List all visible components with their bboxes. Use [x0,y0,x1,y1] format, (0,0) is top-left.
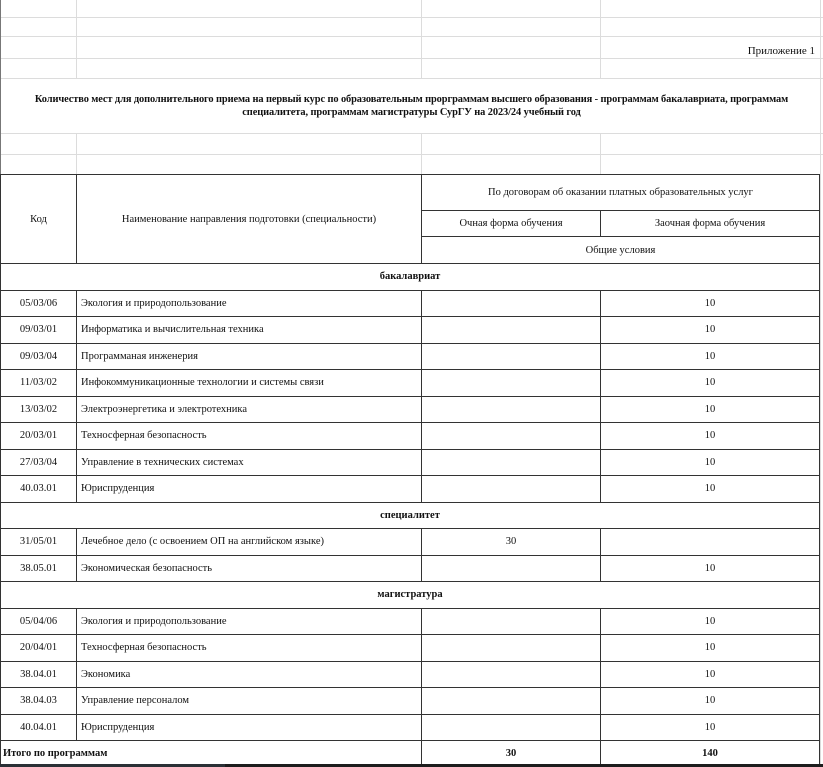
grid-line [0,36,823,37]
cell-full-time [422,635,601,662]
section-row: бакалавриат [1,264,820,291]
cell-part-time: 10 [601,343,820,370]
cell-full-time [422,396,601,423]
cell-part-time: 10 [601,714,820,741]
cell-code: 38.04.03 [1,688,77,715]
cell-part-time: 10 [601,290,820,317]
cell-full-time [422,555,601,582]
cell-code: 13/03/02 [1,396,77,423]
grid-line [0,58,823,59]
total-row: Итого по программам30140 [1,741,820,767]
cell-part-time: 10 [601,635,820,662]
cell-code: 31/05/01 [1,529,77,556]
table-row: 11/03/02Инфокоммуникационные технологии … [1,370,820,397]
cell-name: Информатика и вычислительная техника [77,317,422,344]
grid-line [0,133,823,134]
cell-full-time [422,714,601,741]
grid-line [600,133,601,174]
total-full-time: 30 [422,741,601,767]
table-row: 05/04/06Экология и природопользование10 [1,608,820,635]
grid-line [600,0,601,78]
cell-name: Юриспруденция [77,714,422,741]
appendix-label: Приложение 1 [748,45,815,57]
section-row: магистратура [1,582,820,609]
header-general-conditions: Общие условия [422,237,820,264]
cell-code: 38.04.01 [1,661,77,688]
header-full-time: Очная форма обучения [422,211,601,237]
cell-name: Управление в технических системах [77,449,422,476]
cell-part-time: 10 [601,555,820,582]
cell-part-time: 10 [601,317,820,344]
cell-name: Лечебное дело (с освоением ОП на английс… [77,529,422,556]
cell-part-time: 10 [601,661,820,688]
table-row: 20/04/01Техносферная безопасность10 [1,635,820,662]
cell-name: Электроэнергетика и электротехника [77,396,422,423]
cell-name: Техносферная безопасность [77,423,422,450]
cell-name: Экология и природопользование [77,290,422,317]
cell-name: Управление персоналом [77,688,422,715]
cell-full-time [422,661,601,688]
cell-full-time [422,423,601,450]
table-row: 27/03/04Управление в технических система… [1,449,820,476]
cell-name: Экология и природопользование [77,608,422,635]
cell-name: Юриспруденция [77,476,422,503]
cell-full-time [422,370,601,397]
table-row: 09/03/01Информатика и вычислительная тех… [1,317,820,344]
document-title: Количество мест для дополнительного прие… [0,78,823,133]
section-row: специалитет [1,502,820,529]
cell-part-time: 10 [601,423,820,450]
cell-part-time: 10 [601,396,820,423]
table-row: 38.04.01Экономика10 [1,661,820,688]
table-row: 38.05.01Экономическая безопасность10 [1,555,820,582]
cell-full-time [422,343,601,370]
cell-part-time: 10 [601,476,820,503]
grid-line [421,133,422,174]
cell-part-time: 10 [601,688,820,715]
section-label: бакалавриат [1,264,820,291]
cell-name: Инфокоммуникационные технологии и систем… [77,370,422,397]
cell-code: 09/03/04 [1,343,77,370]
cell-name: Экономика [77,661,422,688]
total-label: Итого по программам [1,741,422,767]
header-part-time: Заочная форма обучения [601,211,820,237]
cell-part-time [601,529,820,556]
cell-name: Техносферная безопасность [77,635,422,662]
grid-line [76,133,77,174]
table-row: 40.04.01Юриспруденция10 [1,714,820,741]
cell-code: 20/03/01 [1,423,77,450]
cell-code: 05/03/06 [1,290,77,317]
cell-code: 40.04.01 [1,714,77,741]
cell-full-time [422,449,601,476]
cell-full-time [422,317,601,344]
cell-full-time [422,608,601,635]
cell-code: 40.03.01 [1,476,77,503]
table-row: 20/03/01Техносферная безопасность10 [1,423,820,450]
cell-part-time: 10 [601,608,820,635]
cell-code: 11/03/02 [1,370,77,397]
cell-code: 05/04/06 [1,608,77,635]
cell-code: 09/03/01 [1,317,77,344]
cell-part-time: 10 [601,449,820,476]
table-row: 13/03/02Электроэнергетика и электротехни… [1,396,820,423]
grid-line [0,154,823,155]
table-row: 09/03/04Программаная инженерия10 [1,343,820,370]
cell-code: 27/03/04 [1,449,77,476]
grid-line [421,0,422,78]
table-row: 31/05/01Лечебное дело (с освоением ОП на… [1,529,820,556]
cell-full-time: 30 [422,529,601,556]
cell-name: Экономическая безопасность [77,555,422,582]
cell-full-time [422,476,601,503]
table-row: 40.03.01Юриспруденция10 [1,476,820,503]
section-label: магистратура [1,582,820,609]
table-row: 38.04.03Управление персоналом10 [1,688,820,715]
cell-name: Программаная инженерия [77,343,422,370]
admission-table: Код Наименование направления подготовки … [0,174,820,767]
cell-code: 38.05.01 [1,555,77,582]
cell-part-time: 10 [601,370,820,397]
cell-full-time [422,688,601,715]
total-part-time: 140 [601,741,820,767]
header-code: Код [1,175,77,264]
cell-code: 20/04/01 [1,635,77,662]
table-row: 05/03/06Экология и природопользование10 [1,290,820,317]
header-name: Наименование направления подготовки (спе… [77,175,422,264]
spreadsheet-sheet: Приложение 1 Количество мест для дополни… [0,0,823,764]
grid-line [76,0,77,78]
grid-line [0,17,823,18]
section-label: специалитет [1,502,820,529]
cell-full-time [422,290,601,317]
header-paid-group: По договорам об оказании платных образов… [422,175,820,211]
